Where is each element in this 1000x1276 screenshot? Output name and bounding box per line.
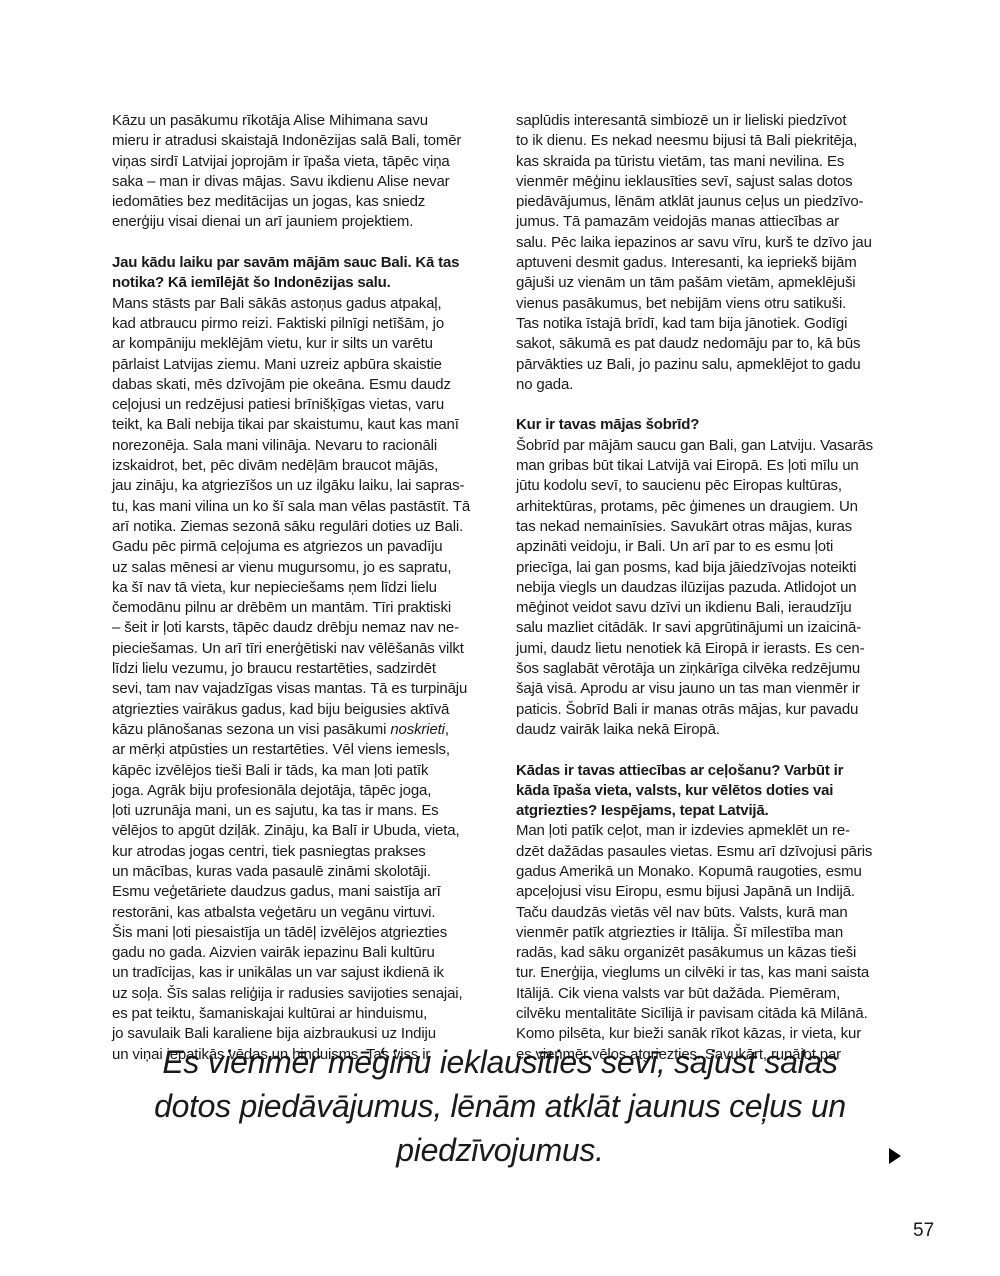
text-line: Es vienmēr mēģinu ieklausīties sevī, saj… (100, 1040, 900, 1084)
text-line: Šobrīd par mājām saucu gan Bali, gan Lat… (516, 436, 888, 456)
text-line: pārlaist Latvijas ziemu. Mani uzreiz apb… (112, 355, 484, 375)
text-line: gājuši uz vienām un tām pašām vietām, ap… (516, 273, 888, 293)
text-line: kāpēc izvēlējos tieši Bali ir tāds, ka m… (112, 761, 484, 781)
text-line: atgriezties vairākus gadus, kad biju bei… (112, 700, 484, 720)
text-line: uz salas mēnesi ar vienu mugursomu, jo e… (112, 558, 484, 578)
answer-1-italic-line: kāzu plānošanas sezona un visi pasākumi … (112, 720, 484, 740)
text-line: ar kompāniju meklējām vietu, kur ir silt… (112, 334, 484, 354)
left-column: Kāzu un pasākumu rīkotāja Alise Mihimana… (112, 111, 484, 1065)
text-line: Šis mani ļoti piesaistīja un tādēļ izvēl… (112, 923, 484, 943)
text-line: Gadu pēc pirmā ceļojuma es atgriezos un … (112, 537, 484, 557)
pull-quote: Es vienmēr mēģinu ieklausīties sevī, saj… (100, 1040, 900, 1172)
text-line: sevi, tam nav vajadzīgas visas mantas. T… (112, 679, 484, 699)
answer-2: Šobrīd par mājām saucu gan Bali, gan Lat… (516, 436, 888, 740)
text-line: tas nekad nemainīsies. Savukārt otras mā… (516, 517, 888, 537)
text-line: Jau kādu laiku par savām mājām sauc Bali… (112, 253, 484, 273)
text-line: un mācības, kuras vada pasaulē zināmi sk… (112, 862, 484, 882)
text-line: man gribas būt tikai Latvijā vai Eiropā.… (516, 456, 888, 476)
triangle-right-icon (889, 1148, 901, 1164)
text-line: paticis. Šobrīd Bali ir manas otrās māja… (516, 700, 888, 720)
answer-3: Man ļoti patīk ceļot, man ir izdevies ap… (516, 821, 888, 1065)
paragraph-gap (112, 233, 484, 253)
text-line: šajā visā. Aprodu ar visu jauno un tas m… (516, 679, 888, 699)
text-line: vienus pasākumus, bet nebijām viens otru… (516, 294, 888, 314)
text-line: dotos piedāvājumus, lēnām atklāt jaunus … (100, 1084, 900, 1128)
paragraph-gap (516, 395, 888, 415)
text-line: Mans stāsts par Bali sākās astoņus gadus… (112, 294, 484, 314)
text-line: sakot, sākumā es pat daudz nedomāju par … (516, 334, 888, 354)
answer-1: Mans stāsts par Bali sākās astoņus gadus… (112, 294, 484, 1065)
text-line: dzēt dažādas pasaules vietas. Esmu arī d… (516, 842, 888, 862)
text-line: to ik dienu. Es nekad neesmu bijusi tā B… (516, 131, 888, 151)
text-line: nebija viegls un daudzas ilūzijas pazuda… (516, 578, 888, 598)
text-line: gadus Amerikā un Monako. Kopumā raugotie… (516, 862, 888, 882)
intro-paragraph: Kāzu un pasākumu rīkotāja Alise Mihimana… (112, 111, 484, 233)
text-line: tu, kas mani vilina un ko šī sala man vē… (112, 497, 484, 517)
text-line: daudz vairāk laika nekā Eiropā. (516, 720, 888, 740)
question-2: Kur ir tavas mājas šobrīd? (516, 415, 888, 435)
text-line: pārvākties uz Bali, jo pazinu salu, apme… (516, 355, 888, 375)
text-line: notika? Kā iemīlējāt šo Indonēzijas salu… (112, 273, 484, 293)
text-line: Tas notika īstajā brīdī, kad tam bija jā… (516, 314, 888, 334)
text-line: norezonēja. Sala mani vilināja. Nevaru t… (112, 436, 484, 456)
text-line: jūtu kodolu sevī, to saucienu pēc Eiropa… (516, 476, 888, 496)
text-line: atgriezties? Iespējams, tepat Latvijā. (516, 801, 888, 821)
text-line: saka – man ir divas mājas. Savu ikdienu … (112, 172, 484, 192)
text-line: vēlējos to apgūt dziļāk. Zināju, ka Balī… (112, 821, 484, 841)
text-line: Man ļoti patīk ceļot, man ir izdevies ap… (516, 821, 888, 841)
text-line: ka šī nav tā vieta, kur nepieciešams ņem… (112, 578, 484, 598)
question-3: Kādas ir tavas attiecības ar ceļošanu? V… (516, 761, 888, 822)
text-line: izskaidrot, bet, pēc divām nedēļām brauc… (112, 456, 484, 476)
text-line: arhitektūras, protams, pēc ģimenes un dr… (516, 497, 888, 517)
text-line: un tradīcijas, kas ir unikālas un var sa… (112, 963, 484, 983)
text-line: šos saglabāt vērotāja un ziņkārīga cilvē… (516, 659, 888, 679)
text-line: Esmu veģetāriete daudzus gadus, mani sai… (112, 882, 484, 902)
text-line: jau zināju, ka atgriezīšos un uz ilgāku … (112, 476, 484, 496)
text-line: jumus. Tā pamazām veidojās manas attiecī… (516, 212, 888, 232)
text-line: no gada. (516, 375, 888, 395)
text-line: es pat teiktu, šamaniskajai kultūrai ar … (112, 1004, 484, 1024)
text-line: cilvēku mentalitāte Sicīlijā ir pavisam … (516, 1004, 888, 1024)
text-line: mēģinot veidot savu dzīvi un ikdienu Bal… (516, 598, 888, 618)
text-line: kad atbraucu pirmo reizi. Faktiski pilnī… (112, 314, 484, 334)
text-line: gadu no gada. Aizvien vairāk iepazinu Ba… (112, 943, 484, 963)
text-line: viņas sirdī Latvijai joprojām ir īpaša v… (112, 152, 484, 172)
text-line: Kāzu un pasākumu rīkotāja Alise Mihimana… (112, 111, 484, 131)
text-line: ļoti uzrunāja mani, un es sajutu, ka tas… (112, 801, 484, 821)
text-line: mieru ir atradusi skaistajā Indonēzijas … (112, 131, 484, 151)
text-line: enerģiju visai dienai un arī jauniem pro… (112, 212, 484, 232)
text-line: priecīga, lai gan posms, kad bija jāiedz… (516, 558, 888, 578)
right-column: saplūdis interesantā simbiozē un ir liel… (516, 111, 888, 1065)
text-line: kāda īpaša vieta, valsts, kur vēlētos do… (516, 781, 888, 801)
text-line: tur. Enerģija, vieglums un cilvēki ir ta… (516, 963, 888, 983)
text-line: restorāni, kas atbalsta veģetāru un vegā… (112, 903, 484, 923)
text-line: iedomāties bez meditācijas un jogas, kas… (112, 192, 484, 212)
text-line: pieciešamas. Un arī tīri enerģētiski nav… (112, 639, 484, 659)
text-line: uz soļa. Šīs salas reliģija ir radusies … (112, 984, 484, 1004)
text-line: piedāvājumus, lēnām atklāt jaunus ceļus … (516, 192, 888, 212)
text-line: apzināti veidoju, ir Bali. Un arī par to… (516, 537, 888, 557)
text-line: aptuveni desmit gadus. Interesanti, ka i… (516, 253, 888, 273)
text-line: vienmēr patīk atgriezties ir Itālija. Šī… (516, 923, 888, 943)
text-line: kas skraida pa tūristu vietām, tas mani … (516, 152, 888, 172)
text-line: jumi, daudz lietu nenotiek kā Eiropā ir … (516, 639, 888, 659)
question-1: Jau kādu laiku par savām mājām sauc Bali… (112, 253, 484, 294)
text-line: ceļojusi un redzējusi patiesi brīnišķīga… (112, 395, 484, 415)
text-line: apceļojusi visu Eiropu, esmu bijusi Japā… (516, 882, 888, 902)
text-line: dabas skati, mēs dzīvojām pie okeāna. Es… (112, 375, 484, 395)
text-line: kur atrodas jogas centri, tiek pasniegta… (112, 842, 484, 862)
text-line: salu. Pēc laika iepazinos ar savu vīru, … (516, 233, 888, 253)
text-line: saplūdis interesantā simbiozē un ir liel… (516, 111, 888, 131)
text-line: Itālijā. Cik viena valsts var būt dažāda… (516, 984, 888, 1004)
text-line: Kādas ir tavas attiecības ar ceļošanu? V… (516, 761, 888, 781)
text-line: Taču daudzās vietās vēl nav būts. Valsts… (516, 903, 888, 923)
page-number: 57 (913, 1220, 934, 1242)
text-line: radās, kad sāku organizēt pasākumus un k… (516, 943, 888, 963)
text-line: Kur ir tavas mājas šobrīd? (516, 415, 888, 435)
text-line: vienmēr mēģinu ieklausīties sevī, sajust… (516, 172, 888, 192)
paragraph-gap (516, 740, 888, 760)
text-line: teikt, ka Bali nebija tikai par skaistum… (112, 415, 484, 435)
answer-1-end: saplūdis interesantā simbiozē un ir liel… (516, 111, 888, 395)
text-line: čemodānu pilnu ar drēbēm un mantām. Tīri… (112, 598, 484, 618)
italic-word: noskrieti (390, 721, 445, 738)
text-line: piedzīvojumus. (100, 1128, 900, 1172)
text-line: – šeit ir ļoti karsts, tāpēc daudz drēbj… (112, 618, 484, 638)
text-line: ar mērķi atpūsties un restartēties. Vēl … (112, 740, 484, 760)
text-line: līdzi lielu vezumu, jo braucu restartēti… (112, 659, 484, 679)
text-line: salu mazliet citādāk. Ir savi apgrūtināj… (516, 618, 888, 638)
text-line: joga. Agrāk biju profesionāla dejotāja, … (112, 781, 484, 801)
text-line: arī notika. Ziemas sezonā sāku regulāri … (112, 517, 484, 537)
